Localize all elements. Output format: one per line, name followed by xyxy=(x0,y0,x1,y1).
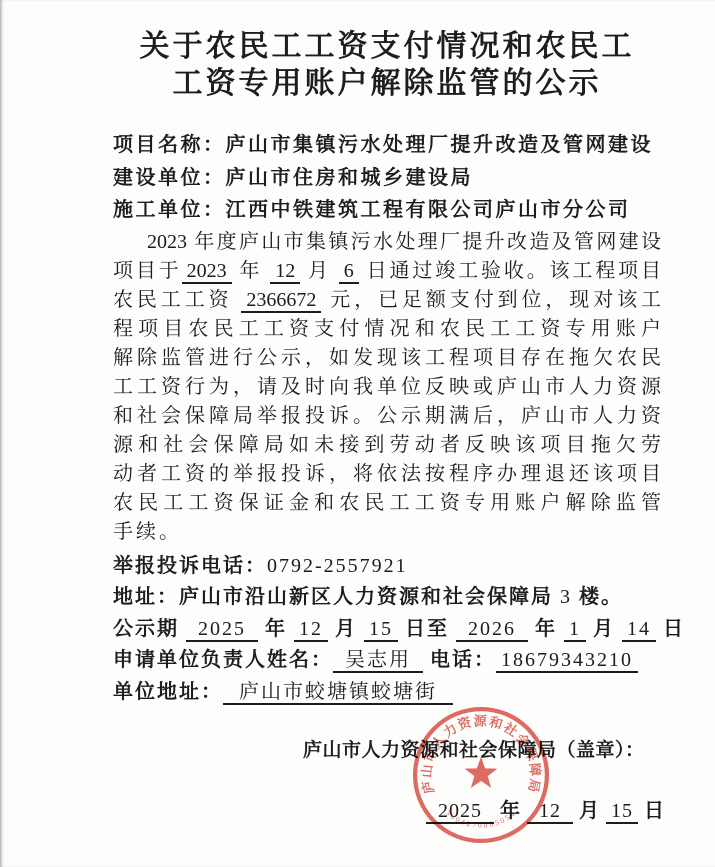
text-segment: 源和社会保障局如未接到劳动者反映该项目拖欠劳 xyxy=(113,434,661,456)
notice-document-page: 关于农民工工资支付情况和农民工 工资专用账户解除监管的公示 项目名称：庐山市集镇… xyxy=(0,0,715,867)
text-segment: 项目于 xyxy=(113,260,182,282)
detail-line: 举报投诉电话：0792-2557921 xyxy=(113,551,661,583)
text-segment: 12 xyxy=(270,260,300,284)
detail-line: 地址：庐山市沿山新区人力资源和社会保障局 3 楼。 xyxy=(113,582,661,614)
text-segment: 农民工工资保证金和农民工工资专用账户解除监管 xyxy=(113,492,661,514)
text-segment: 2025 xyxy=(186,618,258,642)
paragraph-line: 农民工工资 2366672 元，已足额支付到位，现对该工 xyxy=(113,286,661,315)
text-segment: 2366672 xyxy=(241,289,321,313)
contractor-value: 江西中铁建筑工程有限公司庐山市分公司 xyxy=(226,199,631,221)
text-segment: 月 xyxy=(573,800,606,822)
paragraph-line: 动者工资的举报投诉，将依法按程序办理退还该项目 xyxy=(113,460,661,489)
text-segment: 15 xyxy=(364,618,398,642)
paragraph-line: 和社会保障局举报投诉。公示期满后，庐山市人力资 xyxy=(113,402,661,431)
text-segment: 2025 xyxy=(426,800,494,824)
project-name-value: 庐山市集镇污水处理厂提升改造及管网建设 xyxy=(226,134,654,156)
construction-owner-value: 庐山市住房和城乡建设局 xyxy=(226,167,474,189)
text-segment: 动者工资的举报投诉，将依法按程序办理退还该项目 xyxy=(113,463,661,485)
paragraph-line: 工工资行为，请及时向我单位反映或庐山市人力资源 xyxy=(113,373,661,402)
text-segment: 月 xyxy=(586,618,622,640)
text-segment: 日 xyxy=(656,618,685,640)
notice-title-line-2: 工资专用账户解除监管的公示 xyxy=(113,65,661,102)
project-info-block: 项目名称：庐山市集镇污水处理厂提升改造及管网建设 建设单位：庐山市住房和城乡建设… xyxy=(113,129,661,227)
paragraph-line: 2023 年度庐山市集镇污水处理厂提升改造及管网建设 xyxy=(113,228,661,257)
notice-title-line-1: 关于农民工工资支付情况和农民工 xyxy=(113,28,661,65)
text-segment: 日通过竣工验收。该工程项目 xyxy=(359,260,661,282)
text-segment: 庐山市蛟塘镇蛟塘街 xyxy=(223,681,453,705)
text-segment: 18679343210 xyxy=(496,649,638,673)
contractor-label: 施工单位： xyxy=(113,199,226,221)
text-segment: 12 xyxy=(527,800,573,824)
text-segment: 6 xyxy=(339,260,359,284)
paragraph-line: 手续。 xyxy=(113,518,661,547)
text-segment: 地址：庐山市沿山新区人力资源和社会保障局 xyxy=(113,586,560,608)
text-segment: 月 xyxy=(300,260,339,282)
text-segment: 元，已足额支付到位，现对该工 xyxy=(321,289,661,311)
text-segment: 举报投诉电话： xyxy=(113,555,267,577)
text-segment: 日至 xyxy=(398,618,456,640)
detail-line: 公示期 2025 年 12 月 15 日至 2026 年 1 月 14 日 xyxy=(113,614,661,646)
text-segment: 年 xyxy=(528,618,564,640)
contact-details-block: 举报投诉电话：0792-2557921地址：庐山市沿山新区人力资源和社会保障局 … xyxy=(113,551,661,709)
text-segment: 年 xyxy=(232,260,271,282)
text-segment: 公示期 xyxy=(113,618,186,640)
issue-date-line: 2025 年 12 月 15 日 xyxy=(426,794,665,823)
paragraph-line: 项目于2023 年 12 月 6 日通过竣工验收。该工程项目 xyxy=(113,257,661,286)
text-segment: 12 xyxy=(294,618,328,642)
text-segment: 3 xyxy=(560,586,572,608)
text-segment: 和社会保障局举报投诉。公示期满后，庐山市人力资 xyxy=(113,405,661,427)
official-seal-stamp: 庐山市人力资源和社会保障局 3604270005054 xyxy=(410,702,552,848)
issuing-authority-line: 庐山市人力资源和社会保障局（盖章）： xyxy=(303,735,645,762)
text-segment: 15 xyxy=(606,800,638,824)
contractor-line: 施工单位：江西中铁建筑工程有限公司庐山市分公司 xyxy=(113,194,661,227)
text-segment: 年 xyxy=(494,800,527,822)
text-segment: 申请单位负责人姓名： xyxy=(113,649,333,671)
project-name-label: 项目名称： xyxy=(113,134,226,156)
notice-body-paragraph: 2023 年度庐山市集镇污水处理厂提升改造及管网建设项目于2023 年 12 月… xyxy=(113,228,661,547)
text-segment: 日 xyxy=(638,800,665,822)
detail-line: 申请单位负责人姓名：吴志用 电话：18679343210 xyxy=(113,645,661,677)
text-segment: 月 xyxy=(328,618,364,640)
text-segment: 14 xyxy=(622,618,656,642)
text-segment: 1 xyxy=(564,618,586,642)
detail-line: 单位地址：庐山市蛟塘镇蛟塘街 xyxy=(113,677,661,709)
text-segment: 解除监管进行公示，如发现该工程项目存在拖欠农民 xyxy=(113,347,661,369)
text-segment: 农民工工资 xyxy=(113,289,241,311)
text-segment: 2023 xyxy=(182,260,232,284)
text-segment: 程项目农民工工资支付情况和农民工工资专用账户 xyxy=(113,318,661,340)
text-segment: 2026 xyxy=(456,618,528,642)
text-segment: 手续。 xyxy=(113,521,182,543)
paragraph-line: 源和社会保障局如未接到劳动者反映该项目拖欠劳 xyxy=(113,431,661,460)
text-segment: 电话： xyxy=(423,649,496,671)
text-segment: 吴志用 xyxy=(333,649,423,673)
paragraph-line: 农民工工资保证金和农民工工资专用账户解除监管 xyxy=(113,489,661,518)
text-segment: 单位地址： xyxy=(113,681,223,703)
paragraph-line: 程项目农民工工资支付情况和农民工工资专用账户 xyxy=(113,315,661,344)
notice-title: 关于农民工工资支付情况和农民工 工资专用账户解除监管的公示 xyxy=(113,28,661,102)
text-segment: 0792-2557921 xyxy=(267,555,408,577)
paragraph-line: 解除监管进行公示，如发现该工程项目存在拖欠农民 xyxy=(113,344,661,373)
text-segment: 楼。 xyxy=(572,586,623,608)
document-content: 关于农民工工资支付情况和农民工 工资专用账户解除监管的公示 项目名称：庐山市集镇… xyxy=(113,28,661,708)
construction-owner-line: 建设单位：庐山市住房和城乡建设局 xyxy=(113,162,661,195)
text-segment: 年 xyxy=(258,618,294,640)
project-name-line: 项目名称：庐山市集镇污水处理厂提升改造及管网建设 xyxy=(113,129,661,162)
construction-owner-label: 建设单位： xyxy=(113,167,226,189)
text-segment: 2023 年度庐山市集镇污水处理厂提升改造及管网建设 xyxy=(147,231,661,253)
text-segment: 工工资行为，请及时向我单位反映或庐山市人力资源 xyxy=(113,376,661,398)
